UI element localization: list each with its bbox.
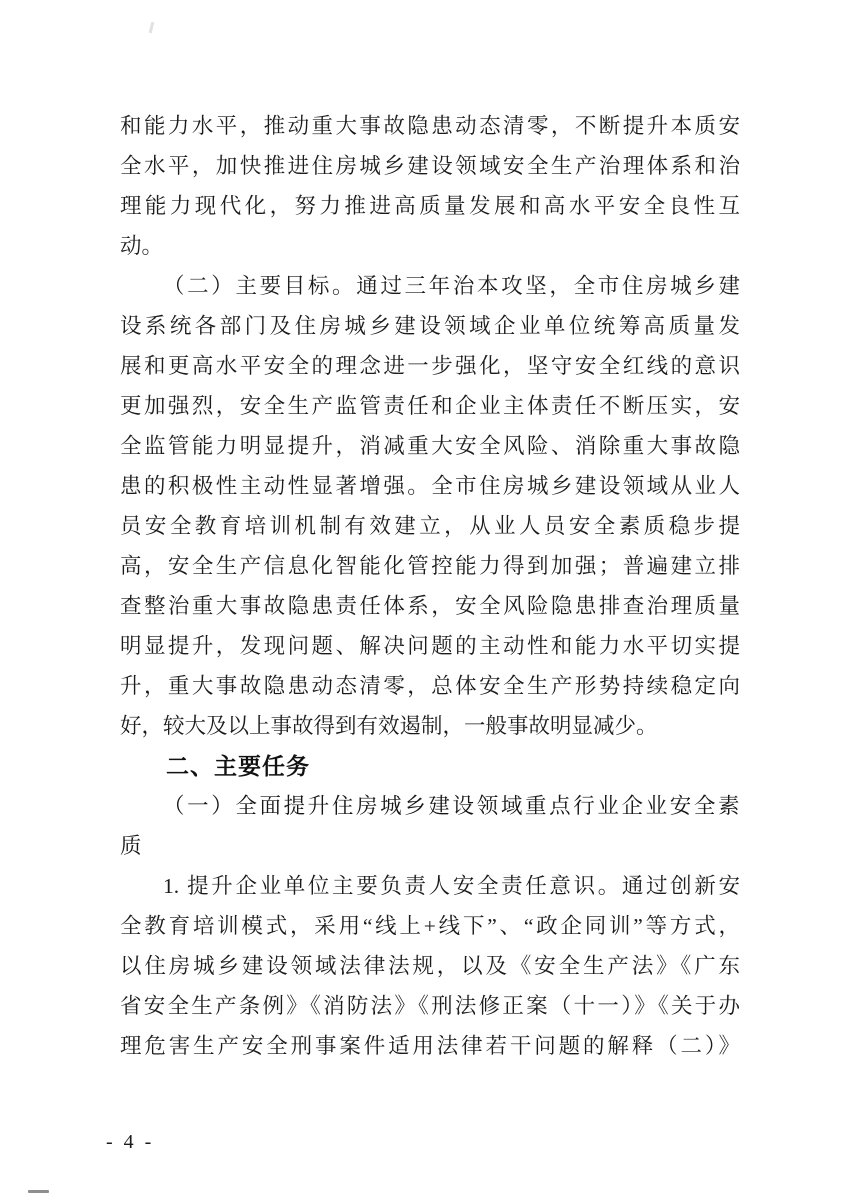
text-line: 1. 提升企业单位主要负责人安全责任意识。通过创新安 <box>120 866 740 906</box>
text-line: 省安全生产条例》《消防法》《刑法修正案（十一）》《关于办 <box>120 986 740 1026</box>
text-line: 理危害生产安全刑事案件适用法律若干问题的解释（二）》 <box>120 1026 740 1066</box>
document-page: 和能力水平，推动重大事故隐患动态清零，不断提升本质安全水平，加快推进住房城乡建设… <box>0 0 857 1200</box>
text-line: 员安全教育培训机制有效建立，从业人员安全素质稳步提 <box>120 506 740 546</box>
text-line: 展和更高水平安全的理念进一步强化，坚守安全红线的意识 <box>120 346 740 386</box>
document-body: 和能力水平，推动重大事故隐患动态清零，不断提升本质安全水平，加快推进住房城乡建设… <box>120 106 740 1066</box>
scan-smudge-artifact <box>149 22 155 33</box>
text-line: 升，重大事故隐患动态清零，总体安全生产形势持续稳定向 <box>120 666 740 706</box>
text-line: 患的积极性主动性显著增强。全市住房城乡建设领域从业人 <box>120 466 740 506</box>
text-line: （一）全面提升住房城乡建设领域重点行业企业安全素 <box>120 786 740 826</box>
text-line: 好，较大及以上事故得到有效遏制，一般事故明显减少。 <box>120 706 740 746</box>
text-line: 理能力现代化，努力推进高质量发展和高水平安全良性互 <box>120 186 740 226</box>
text-line: 质 <box>120 826 740 866</box>
text-line: 更加强烈，安全生产监管责任和企业主体责任不断压实，安 <box>120 386 740 426</box>
text-line: 全教育培训模式，采用“线上+线下”、“政企同训”等方式， <box>120 906 740 946</box>
text-line: 和能力水平，推动重大事故隐患动态清零，不断提升本质安 <box>120 106 740 146</box>
page-number: - 4 - <box>106 1131 154 1154</box>
text-line: 全监管能力明显提升，消减重大安全风险、消除重大事故隐 <box>120 426 740 466</box>
section-heading: 二、主要任务 <box>120 746 740 786</box>
text-line: 全水平，加快推进住房城乡建设领域安全生产治理体系和治 <box>120 146 740 186</box>
text-line: 明显提升，发现问题、解决问题的主动性和能力水平切实提 <box>120 626 740 666</box>
text-line: 以住房城乡建设领域法律法规，以及《安全生产法》《广东 <box>120 946 740 986</box>
scan-dash-artifact <box>28 1190 49 1193</box>
text-line: 查整治重大事故隐患责任体系，安全风险隐患排查治理质量 <box>120 586 740 626</box>
text-line: 动。 <box>120 226 740 266</box>
text-line: 设系统各部门及住房城乡建设领域企业单位统筹高质量发 <box>120 306 740 346</box>
text-line: 高，安全生产信息化智能化管控能力得到加强；普遍建立排 <box>120 546 740 586</box>
text-line: （二）主要目标。通过三年治本攻坚，全市住房城乡建 <box>120 266 740 306</box>
